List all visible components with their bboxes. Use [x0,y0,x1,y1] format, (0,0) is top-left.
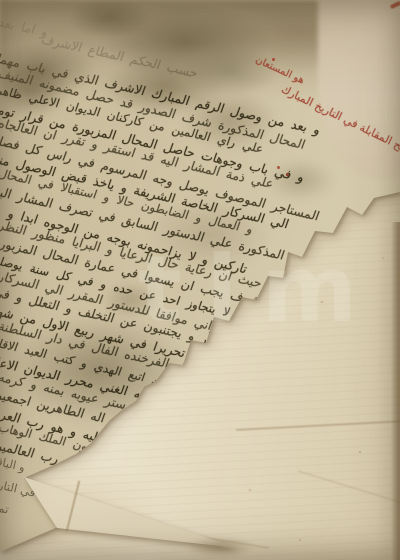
photo-watermark: tim m [138,236,400,343]
fold-tip-shadow [185,536,255,558]
manuscript-photo: و اما بعدحسب الحكم المطاع الاشرفو بعد من… [0,0,400,560]
